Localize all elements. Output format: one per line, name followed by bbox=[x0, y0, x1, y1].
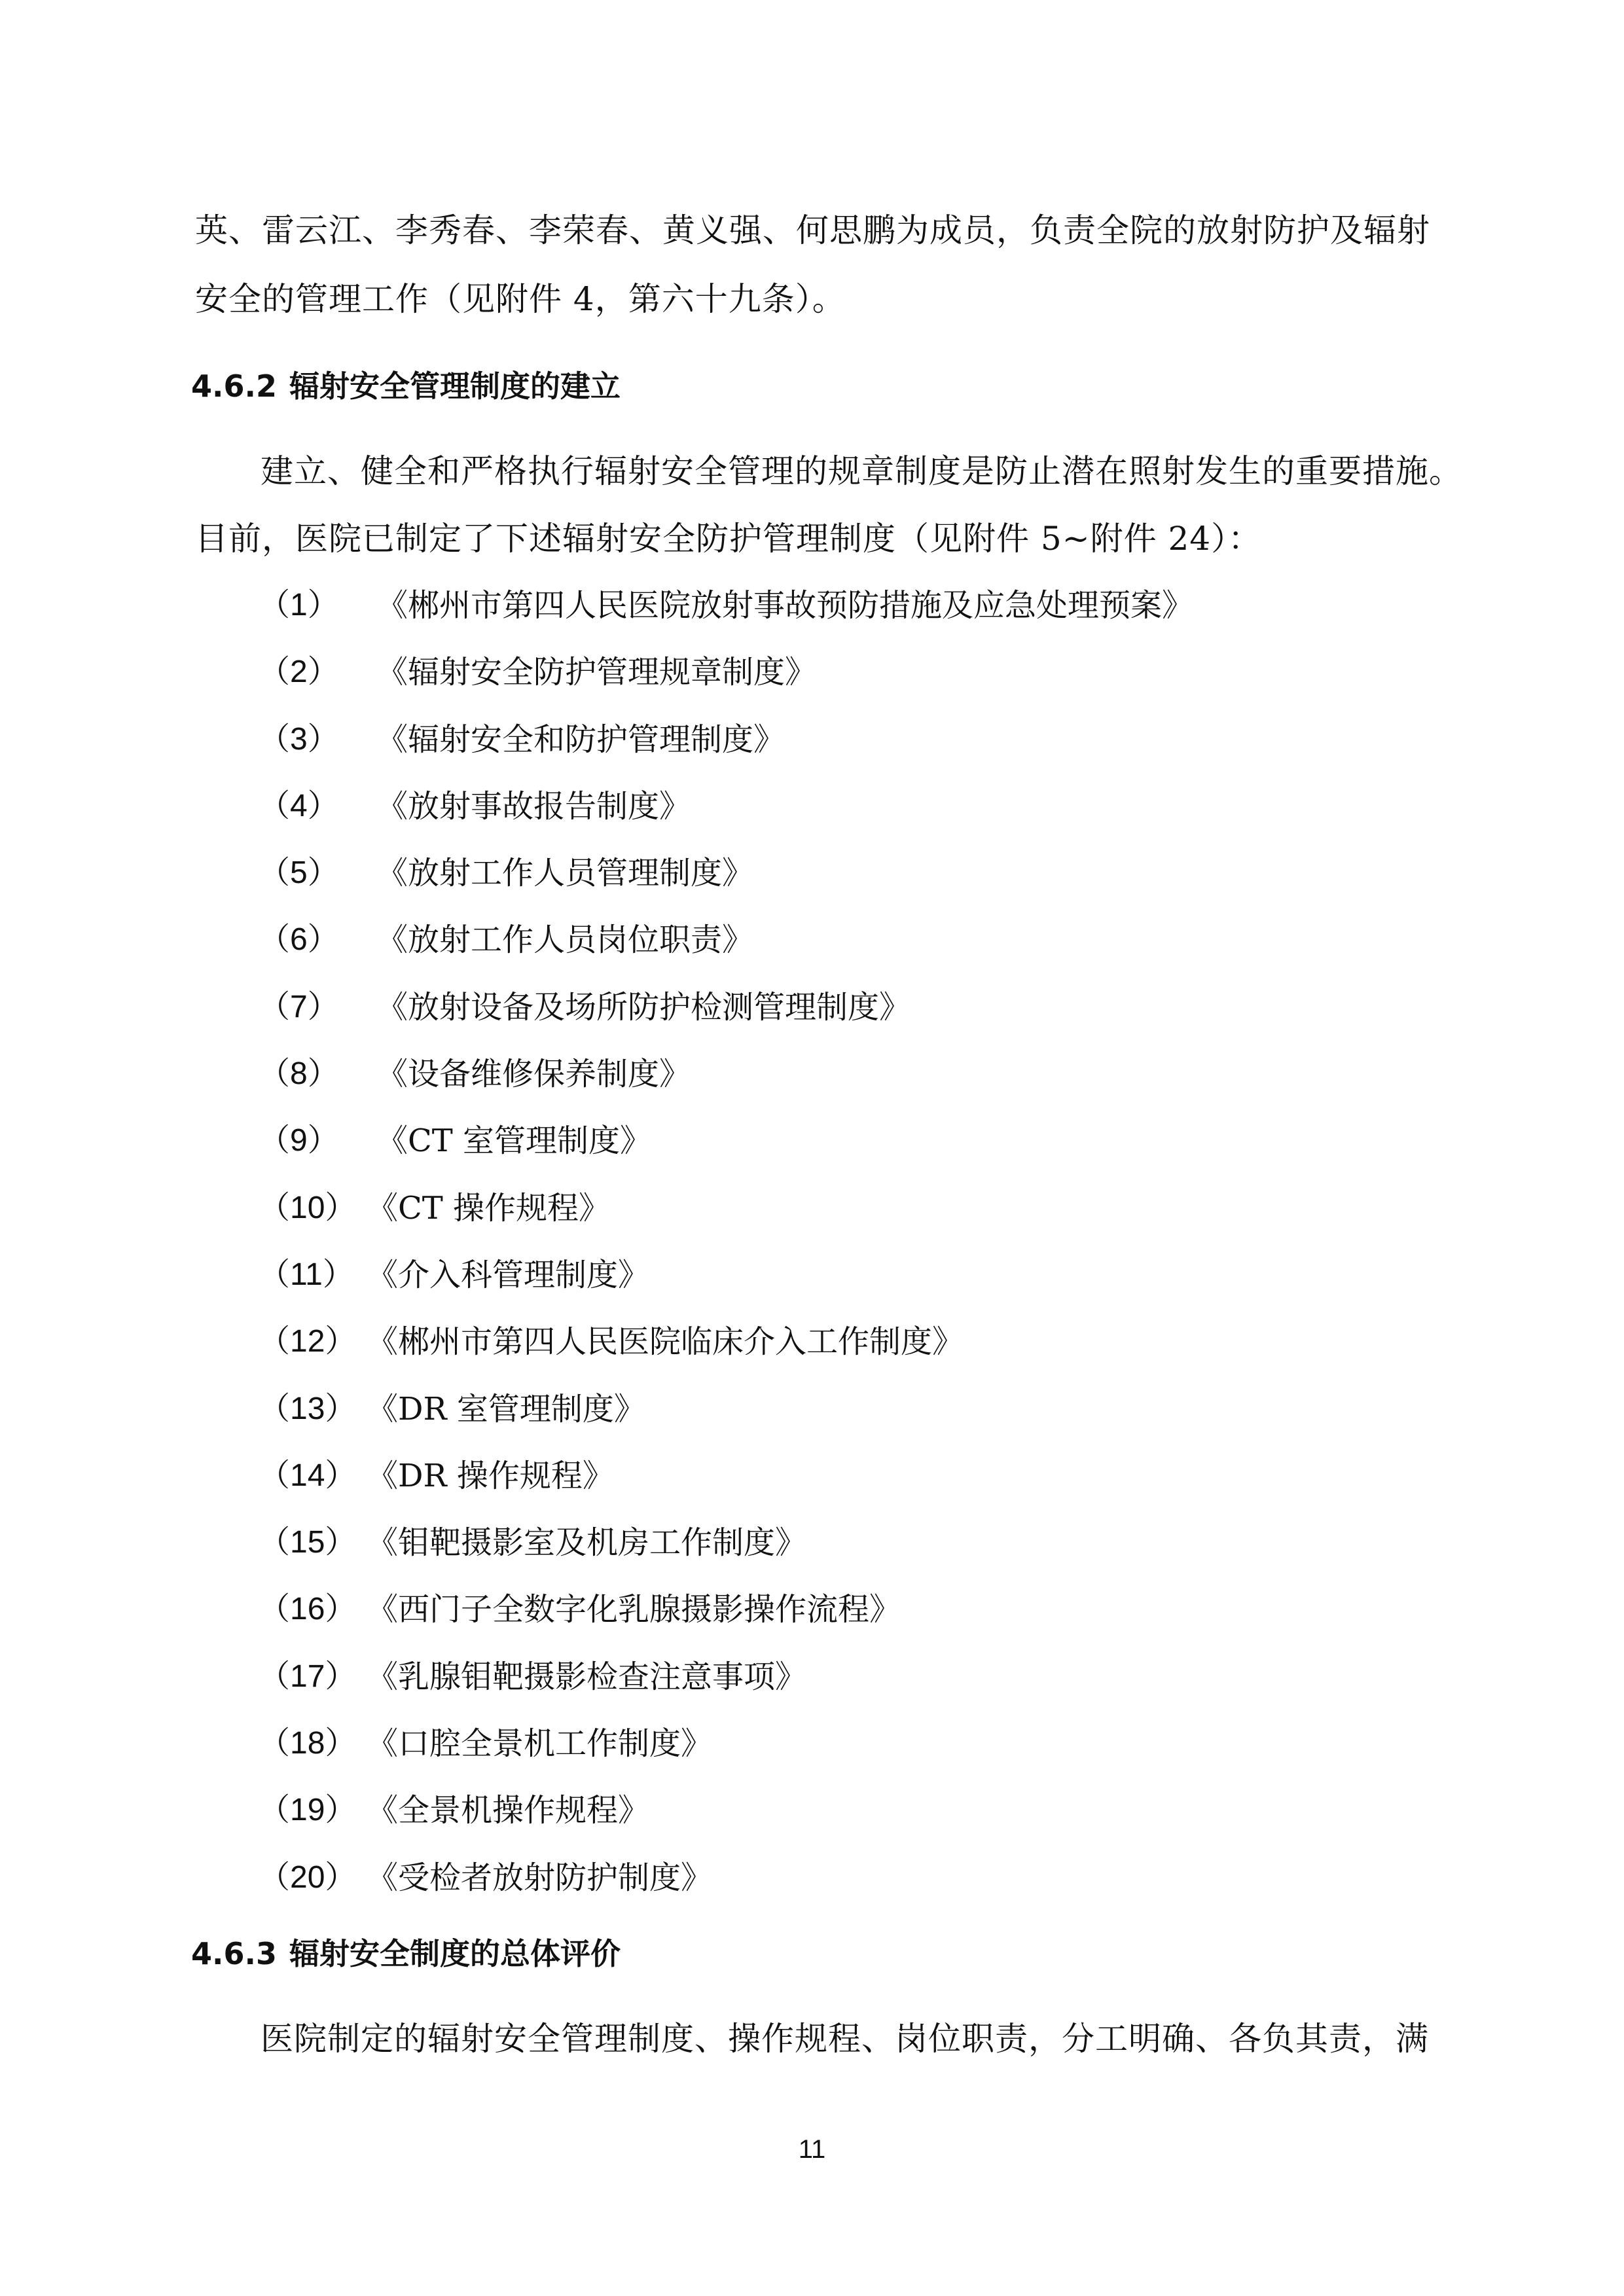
list-item-title: 《放射设备及场所防护检测管理制度》 bbox=[376, 988, 911, 1027]
list-item-index: （10） bbox=[259, 1189, 356, 1228]
document-page: 英、雷云江、李秀春、李荣春、黄义强、何思鹏为成员，负责全院的放射防护及辐射 安全… bbox=[0, 0, 1624, 2296]
intro-line-2: 安全的管理工作（见附件 4，第六十九条）。 bbox=[195, 279, 846, 319]
section-heading-4-6-3: 4.6.3辐射安全制度的总体评价 bbox=[191, 1934, 621, 1973]
list-item-title: 《受检者放射防护制度》 bbox=[367, 1858, 712, 1897]
list-item-index: （8） bbox=[259, 1054, 339, 1094]
list-item-title: 《西门子全数字化乳腺摄影操作流程》 bbox=[367, 1590, 901, 1629]
list-item-title: 《放射工作人员岗位职责》 bbox=[376, 920, 753, 960]
list-item-title: 《郴州市第四人民医院临床介入工作制度》 bbox=[367, 1322, 964, 1361]
list-item-title: 《DR 室管理制度》 bbox=[367, 1390, 645, 1429]
list-item-index: （19） bbox=[259, 1791, 356, 1830]
list-item-index: （12） bbox=[259, 1322, 356, 1361]
list-item-title: 《全景机操作规程》 bbox=[367, 1791, 649, 1830]
paragraph-line-1: 建立、健全和严格执行辐射安全管理的规章制度是防止潜在照射发生的重要措施。 bbox=[261, 452, 1462, 491]
list-item-index: （16） bbox=[259, 1590, 356, 1629]
page-number: 11 bbox=[0, 2135, 1624, 2164]
list-item-title: 《郴州市第四人民医院放射事故预防措施及应急处理预案》 bbox=[376, 586, 1193, 625]
evaluation-paragraph-line-1: 医院制定的辐射安全管理制度、操作规程、岗位职责，分工明确、各负其责，满 bbox=[261, 2019, 1429, 2058]
section-number: 4.6.2 bbox=[191, 367, 289, 406]
section-title: 辐射安全制度的总体评价 bbox=[289, 1936, 621, 1971]
list-item-index: （6） bbox=[259, 920, 339, 960]
list-item-index: （1） bbox=[259, 586, 339, 625]
list-item-title: 《介入科管理制度》 bbox=[367, 1255, 649, 1295]
section-heading-4-6-2: 4.6.2辐射安全管理制度的建立 bbox=[191, 367, 621, 406]
list-item-title: 《辐射安全防护管理规章制度》 bbox=[376, 653, 816, 692]
list-item-index: （14） bbox=[259, 1456, 356, 1496]
list-item-index: （5） bbox=[259, 853, 339, 893]
list-item-index: （9） bbox=[259, 1121, 339, 1160]
list-item-index: （3） bbox=[259, 720, 339, 759]
list-item-index: （17） bbox=[259, 1657, 356, 1696]
list-item-title: 《设备维修保养制度》 bbox=[376, 1054, 691, 1094]
list-item-title: 《放射事故报告制度》 bbox=[376, 787, 691, 826]
section-number: 4.6.3 bbox=[191, 1934, 289, 1973]
list-item-index: （11） bbox=[259, 1255, 354, 1295]
list-item-index: （4） bbox=[259, 787, 339, 826]
list-item-index: （2） bbox=[259, 653, 339, 692]
paragraph-line-2: 目前，医院已制定了下述辐射安全防护管理制度（见附件 5~附件 24）： bbox=[195, 519, 1261, 558]
list-item-title: 《CT 操作规程》 bbox=[367, 1189, 610, 1228]
list-item-index: （7） bbox=[259, 988, 339, 1027]
list-item-title: 《放射工作人员管理制度》 bbox=[376, 853, 753, 893]
list-item-title: 《口腔全景机工作制度》 bbox=[367, 1724, 712, 1763]
list-item-title: 《DR 操作规程》 bbox=[367, 1456, 614, 1496]
list-item-index: （20） bbox=[259, 1858, 356, 1897]
list-item-index: （18） bbox=[259, 1724, 356, 1763]
section-title: 辐射安全管理制度的建立 bbox=[289, 368, 621, 404]
list-item-title: 《钼靶摄影室及机房工作制度》 bbox=[367, 1523, 806, 1562]
list-item-title: 《CT 室管理制度》 bbox=[376, 1121, 651, 1160]
list-item-index: （15） bbox=[259, 1523, 356, 1562]
list-item-index: （13） bbox=[259, 1390, 356, 1429]
intro-line-1: 英、雷云江、李秀春、李荣春、黄义强、何思鹏为成员，负责全院的放射防护及辐射 bbox=[195, 211, 1430, 250]
list-item-title: 《辐射安全和防护管理制度》 bbox=[376, 720, 785, 759]
list-item-title: 《乳腺钼靶摄影检查注意事项》 bbox=[367, 1657, 806, 1696]
